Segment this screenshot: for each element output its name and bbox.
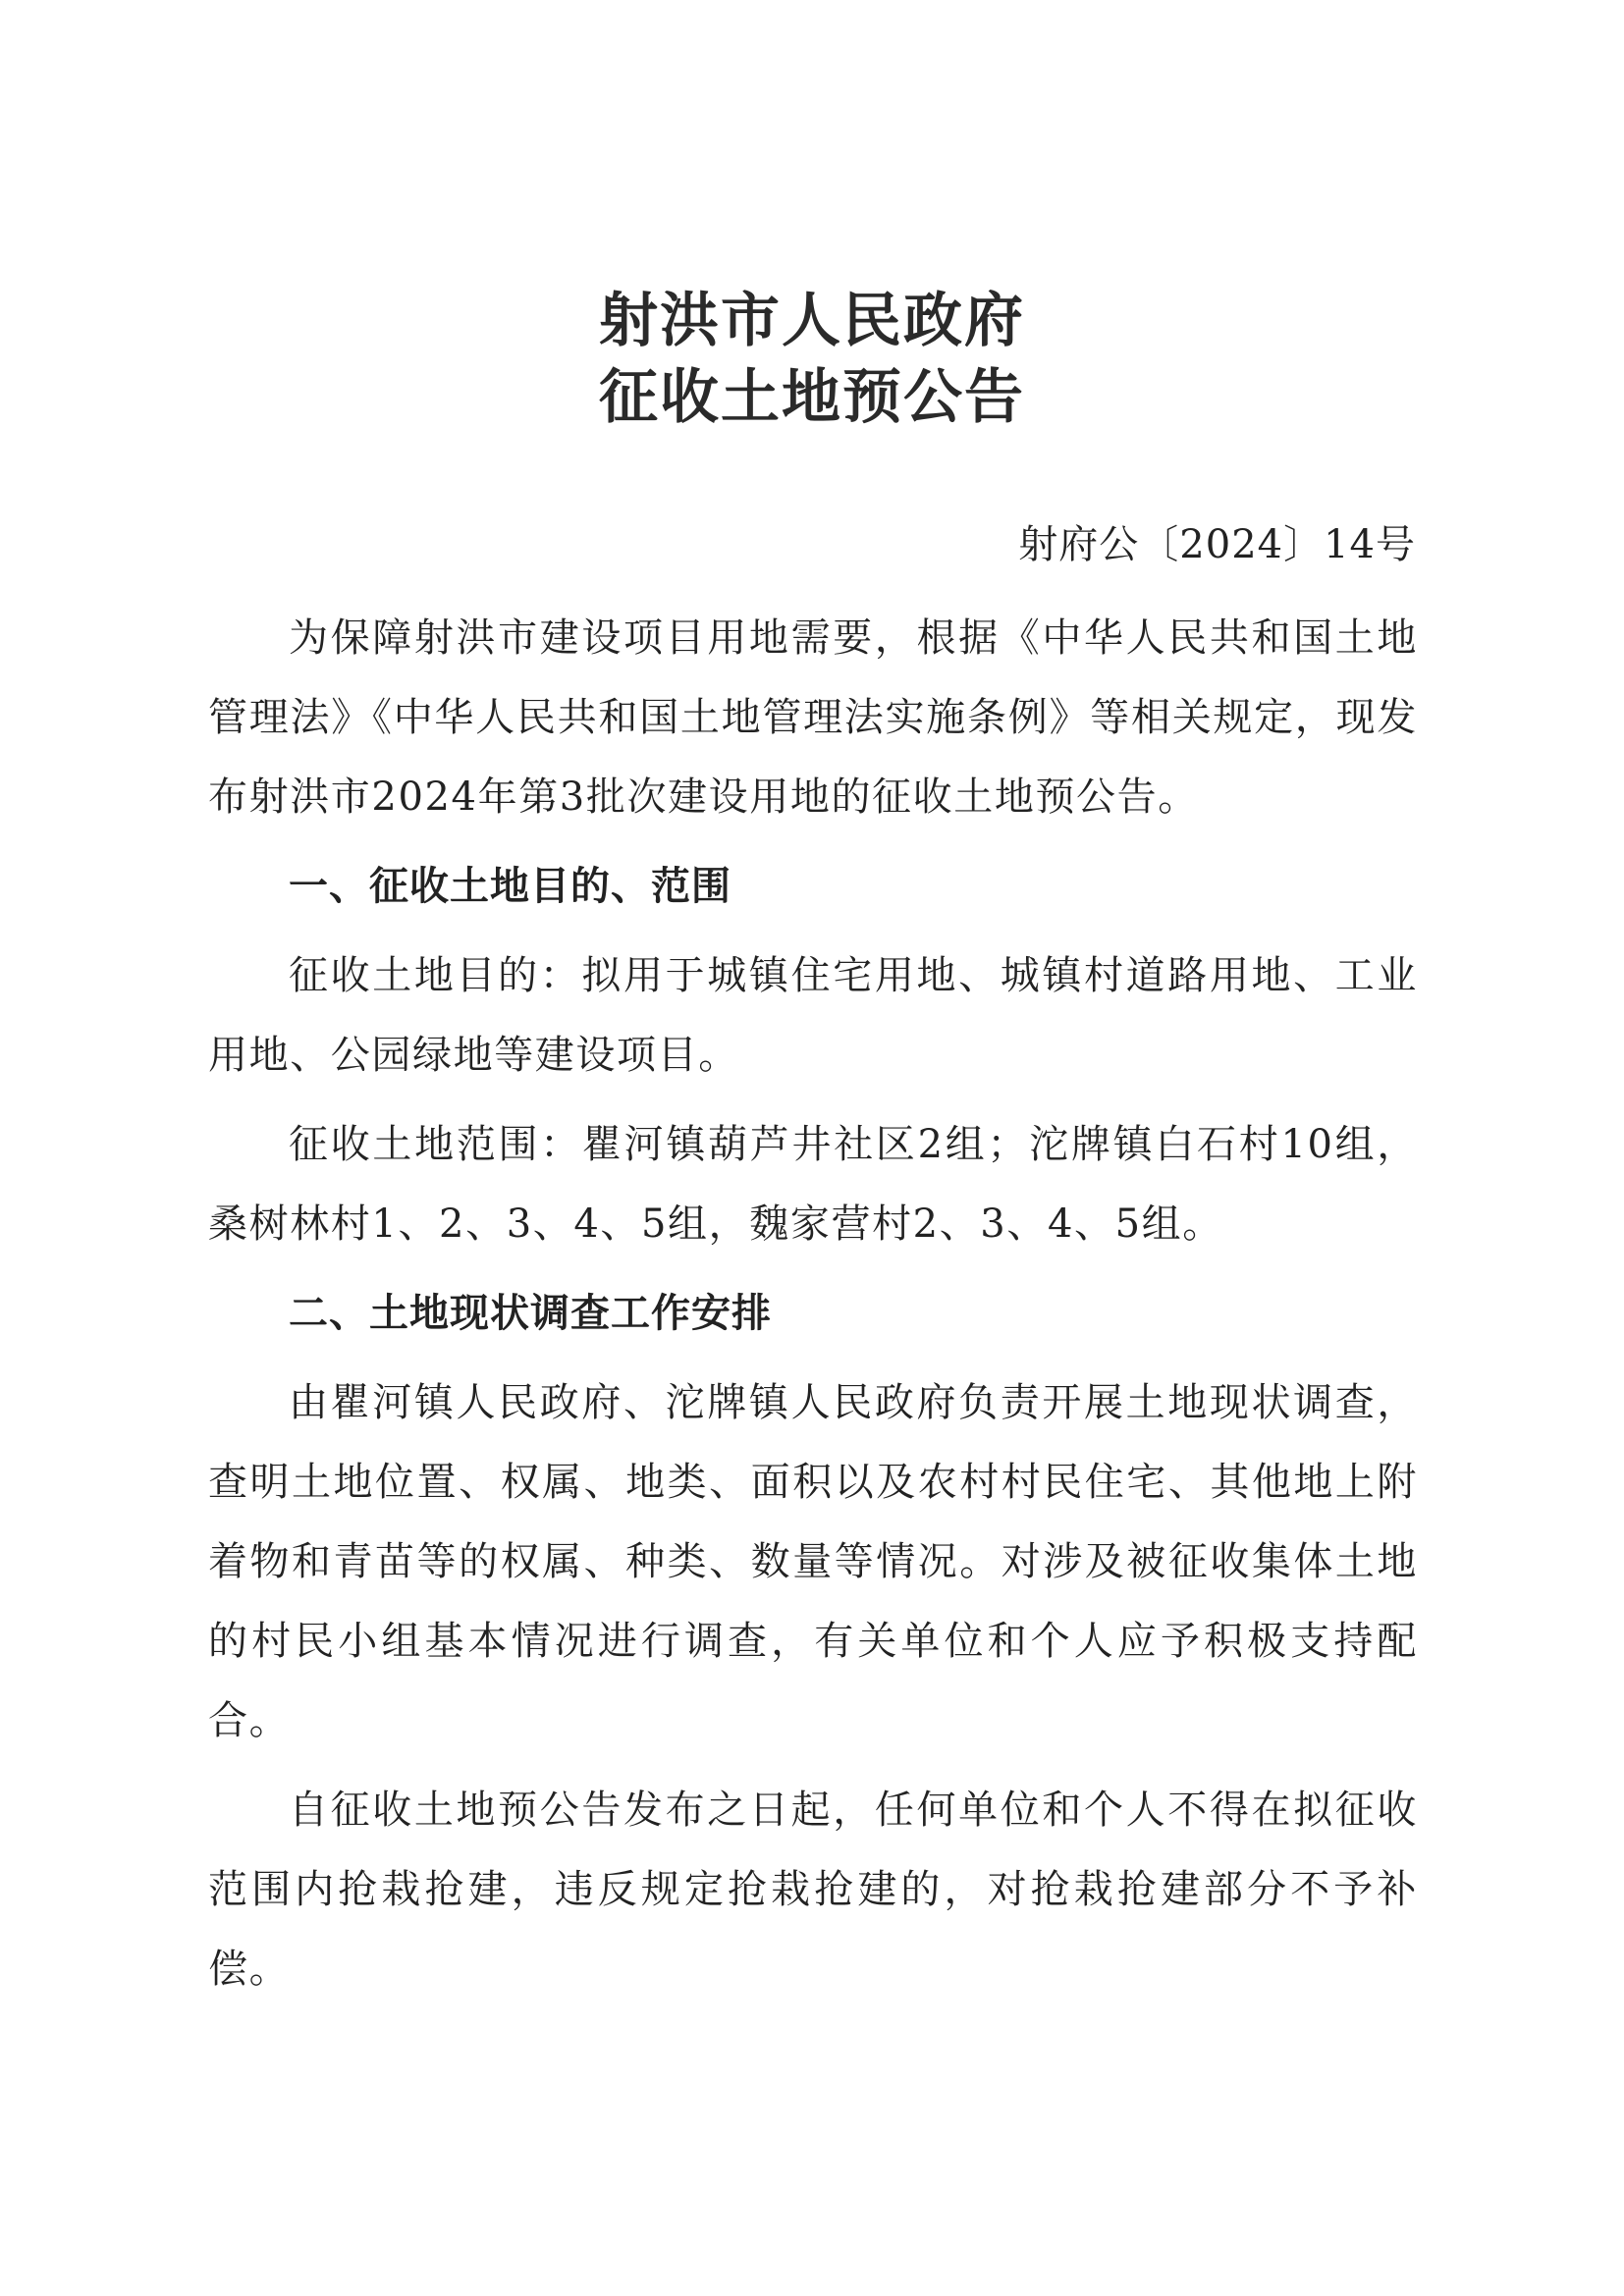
paragraph-no-rush-building: 自征收土地预公告发布之日起，任何单位和个人不得在拟征收范围内抢栽抢建，违反规定抢… <box>208 1771 1418 2009</box>
section-heading-purpose-scope: 一、征收土地目的、范围 <box>208 847 1418 927</box>
intro-paragraph: 为保障射洪市建设项目用地需要，根据《中华人民共和国土地管理法》《中华人民共和国土… <box>208 599 1418 837</box>
paragraph-survey-arrangement: 由瞿河镇人民政府、沱牌镇人民政府负责开展土地现状调查，查明土地位置、权属、地类、… <box>208 1363 1418 1761</box>
document-number: 射府公〔2024〕14号 <box>1018 520 1416 569</box>
paragraph-scope: 征收土地范围：瞿河镇葫芦井社区2组；沱牌镇白石村10组，桑树林村1、2、3、4、… <box>208 1105 1418 1264</box>
title-line-issuer: 射洪市人民政府 <box>0 283 1624 359</box>
section-heading-survey: 二、土地现状调查工作安排 <box>208 1274 1418 1354</box>
title-line-subject: 征收土地预公告 <box>0 359 1624 436</box>
document-body: 为保障射洪市建设项目用地需要，根据《中华人民共和国土地管理法》《中华人民共和国土… <box>208 599 1418 2009</box>
document-page: 射洪市人民政府 征收土地预公告 射府公〔2024〕14号 为保障射洪市建设项目用… <box>0 0 1624 2296</box>
document-title: 射洪市人民政府 征收土地预公告 <box>0 283 1624 436</box>
paragraph-purpose: 征收土地目的：拟用于城镇住宅用地、城镇村道路用地、工业用地、公园绿地等建设项目。 <box>208 936 1418 1095</box>
